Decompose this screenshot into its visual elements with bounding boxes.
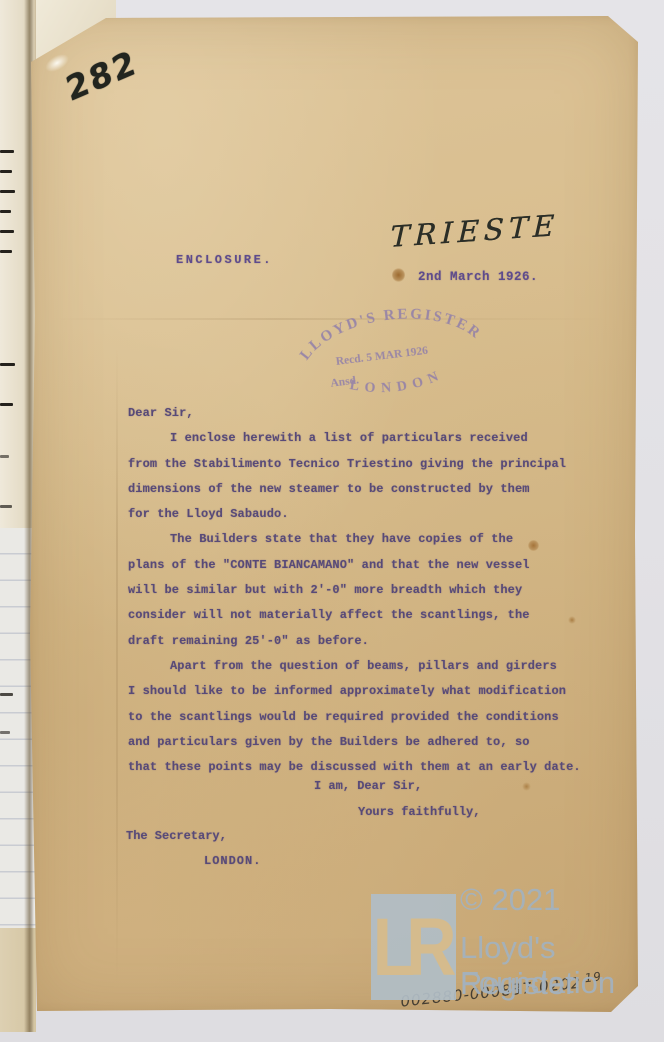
letter-line: I enclose herewith a list of particulars…	[128, 426, 598, 451]
closing-signatory: The Secretary,	[126, 829, 227, 843]
stamp-arc-bottom: LONDON	[347, 367, 447, 401]
letter-line: that these points may be discussed with …	[128, 755, 598, 780]
binding-mark	[0, 731, 10, 734]
archive-reference-suffix: 19	[584, 969, 603, 985]
letter-line: will be similar but with 2'-0" more brea…	[128, 578, 598, 603]
binding-mark	[0, 210, 11, 213]
letter-line: and particulars given by the Builders be…	[128, 730, 598, 755]
paper-crease	[116, 346, 118, 986]
binding-mark	[0, 250, 12, 253]
letter-line: consider will not materially affect the …	[128, 603, 598, 628]
binding-mark	[0, 170, 12, 173]
binding-mark	[0, 455, 9, 458]
binding-mark	[0, 190, 15, 193]
binding-mark	[0, 693, 13, 696]
page-number-annotation: 282	[62, 42, 141, 109]
letter-line: for the Lloyd Sabaudo.	[128, 502, 598, 527]
letter-line: I should like to be informed approximate…	[128, 679, 598, 704]
letter-line: draft remaining 25'-0" as before.	[128, 629, 598, 654]
salutation: Dear Sir,	[128, 401, 598, 426]
letter-line: from the Stabilimento Tecnico Triestino …	[128, 452, 598, 477]
letter-line: The Builders state that they have copies…	[128, 527, 598, 552]
binding-mark	[0, 403, 13, 406]
binding-mark	[0, 150, 14, 153]
binding-mark	[0, 505, 12, 508]
svg-text:LONDON: LONDON	[347, 367, 447, 401]
letter-line: Apart from the question of beams, pillar…	[128, 654, 598, 679]
letter-body: Dear Sir, I enclose herewith a list of p…	[128, 401, 598, 780]
binding-mark	[0, 230, 14, 233]
date-line: 2nd March 1926.	[418, 270, 538, 284]
trieste-annotation: TRIESTE	[390, 208, 560, 254]
closing-valediction: Yours faithfully,	[358, 805, 480, 819]
enclosure-label: ENCLOSURE.	[176, 253, 273, 267]
paper-stain	[522, 782, 531, 791]
closing-city: LONDON.	[204, 854, 261, 868]
letter-line: plans of the "CONTE BIANCAMANO" and that…	[128, 553, 598, 578]
paper-stain	[392, 268, 405, 282]
closing-line: I am, Dear Sir,	[314, 779, 422, 793]
binding-mark	[0, 363, 15, 366]
stamp-received-line: Recd. 5 MAR 1926	[335, 345, 429, 368]
letter-page: 282 TRIESTE ENCLOSURE. 2nd March 1926. L…	[30, 16, 638, 1012]
letter-line: to the scantlings would be required prov…	[128, 705, 598, 730]
letter-line: dimensions of the new steamer to be cons…	[128, 477, 598, 502]
